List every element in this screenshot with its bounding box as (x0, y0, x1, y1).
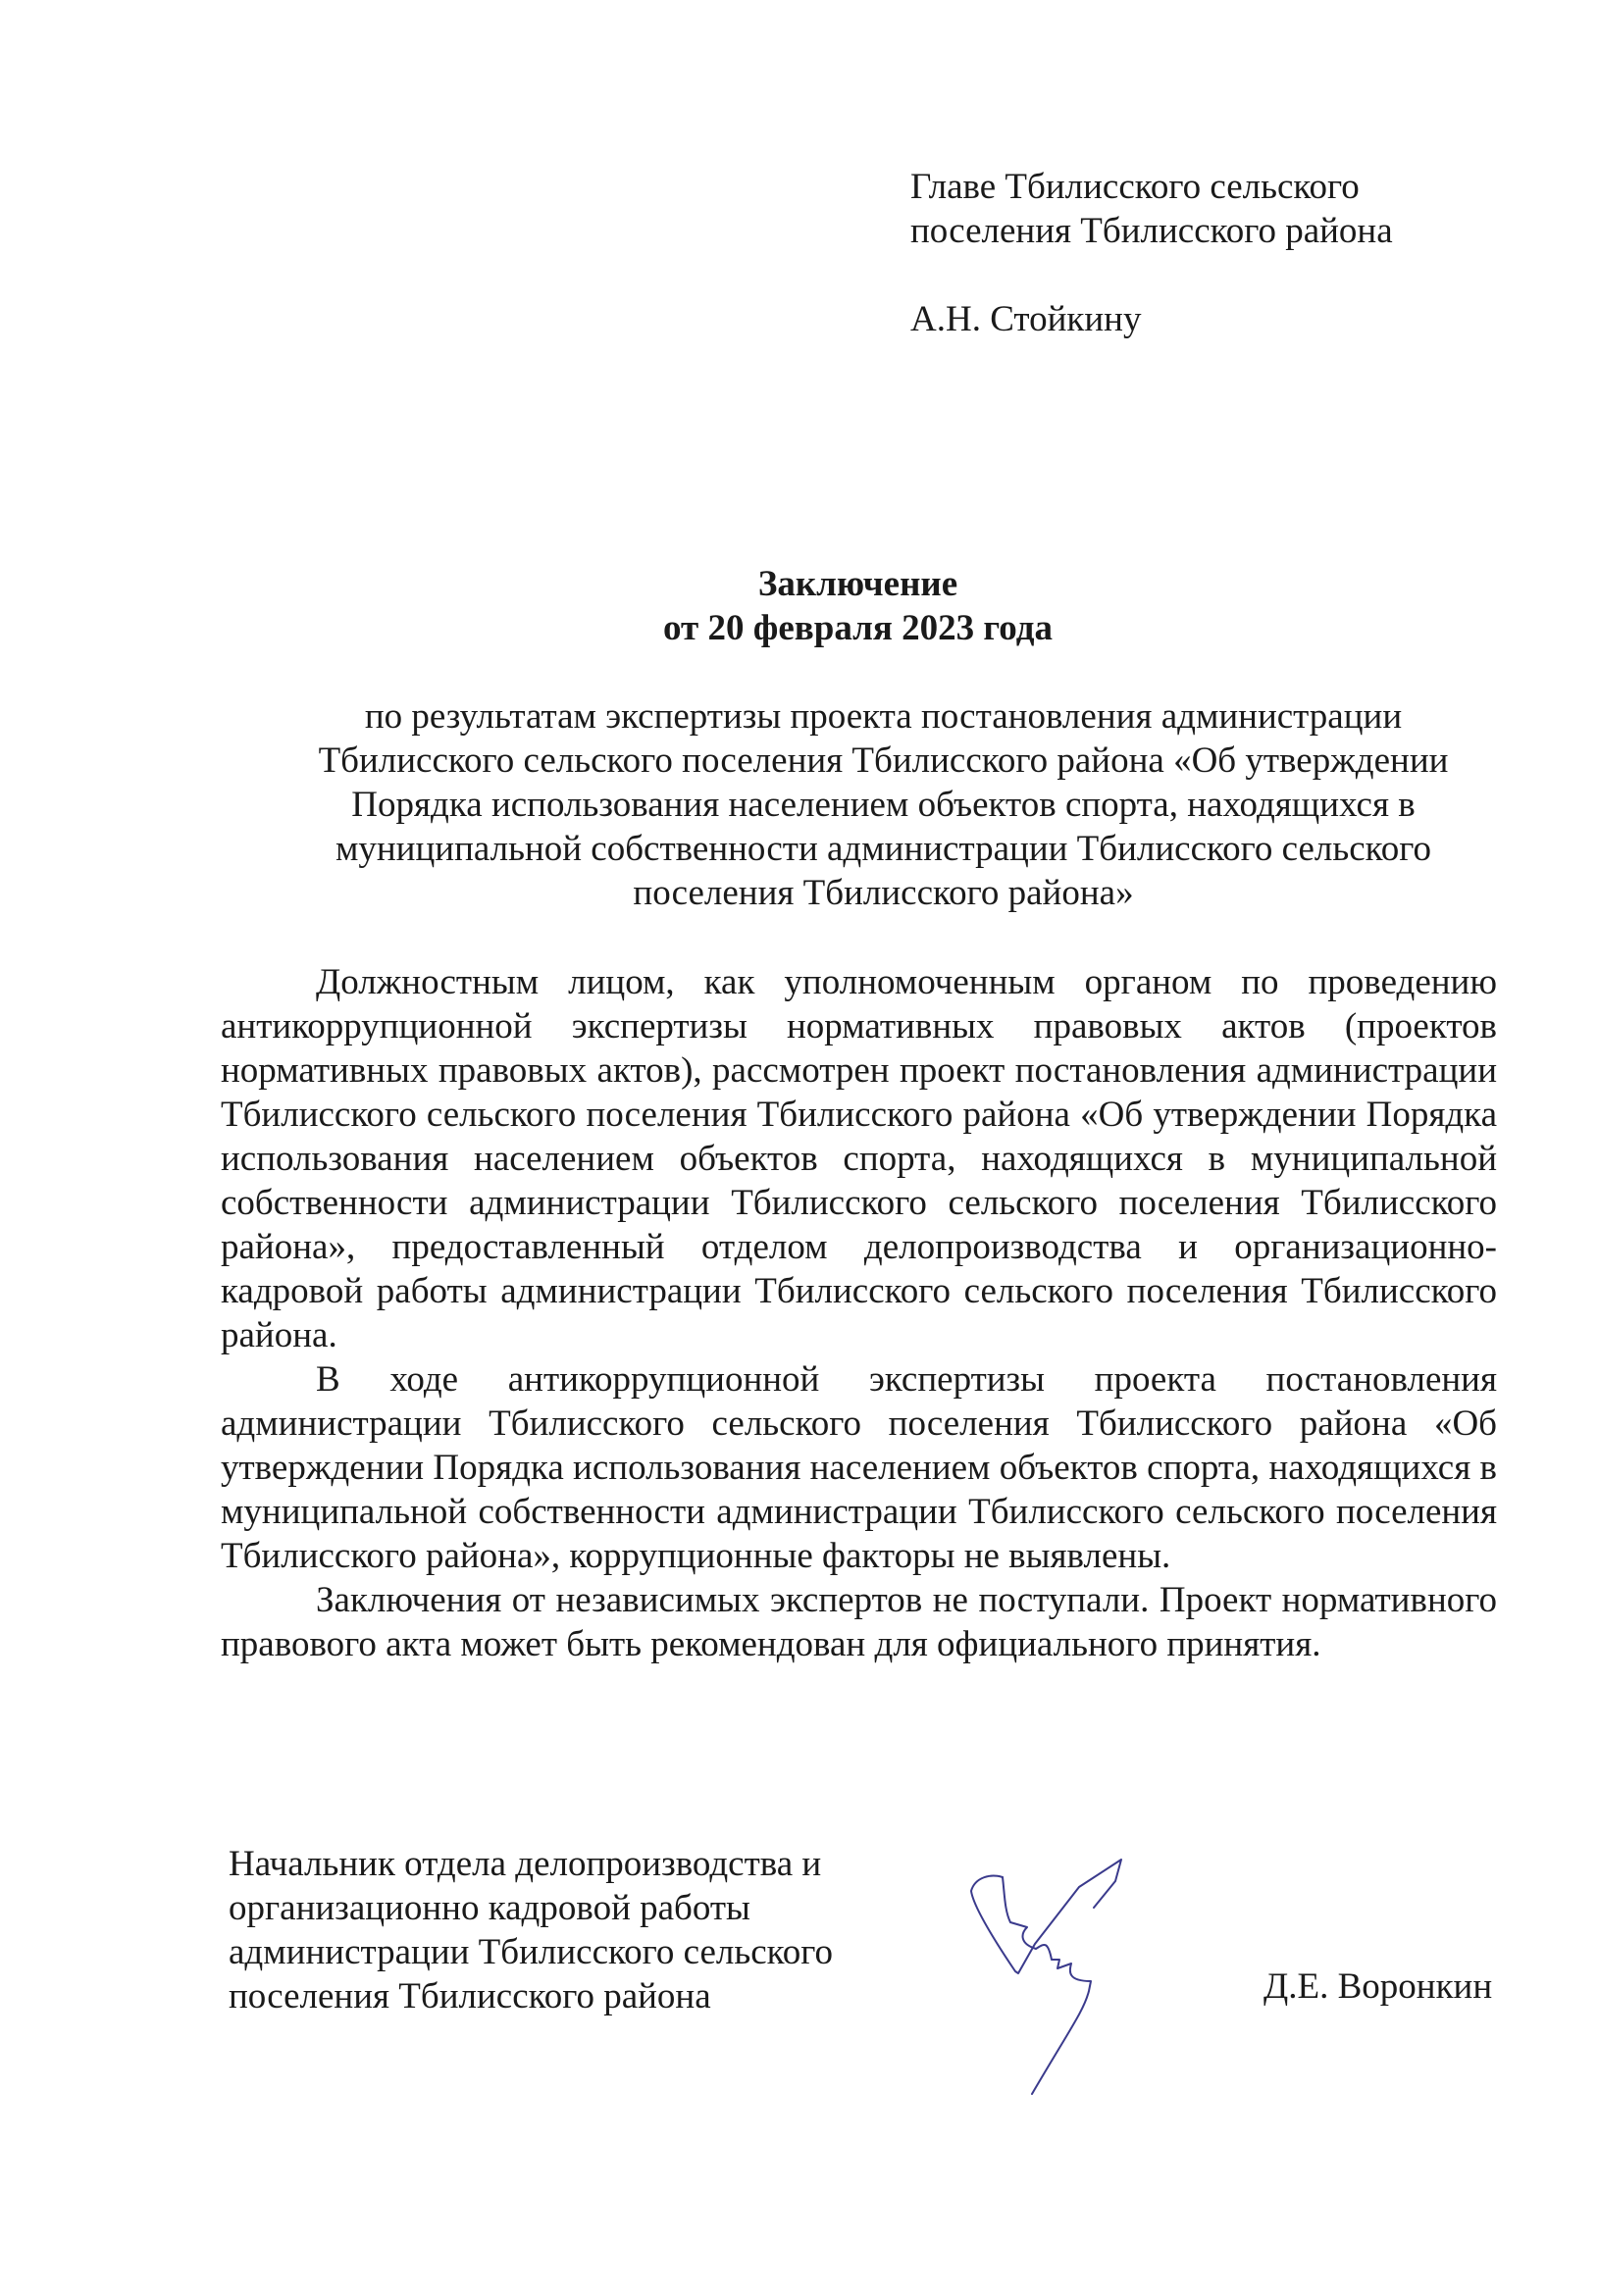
subject-line: Порядка использования населением объекто… (270, 783, 1497, 827)
addressee-line: Главе Тбилисского сельского (910, 165, 1499, 209)
handwritten-signature-icon (942, 1834, 1177, 2109)
document-title: Заключение от 20 февраля 2023 года (0, 562, 1598, 650)
document-page: Главе Тбилисского сельского поселения Тб… (0, 0, 1598, 2296)
body-paragraph: Должностным лицом, как уполномоченным ор… (221, 960, 1497, 1357)
signer-position: Начальник отдела делопроизводства и орга… (229, 1842, 915, 2018)
signer-name: Д.Е. Воронкин (1263, 1964, 1492, 2009)
position-line: администрации Тбилисского сельского (229, 1930, 915, 1974)
position-line: поселения Тбилисского района (229, 1974, 915, 2018)
subject-line: поселения Тбилисского района» (270, 871, 1497, 915)
addressee-name: А.Н. Стойкину (910, 297, 1499, 341)
addressee-line: поселения Тбилисского района (910, 209, 1499, 253)
document-body: Должностным лицом, как уполномоченным ор… (221, 960, 1497, 1666)
body-paragraph: В ходе антикоррупционной экспертизы прое… (221, 1357, 1497, 1578)
position-line: Начальник отдела делопроизводства и (229, 1842, 915, 1886)
subject-line: по результатам экспертизы проекта постан… (270, 694, 1497, 739)
title-date: от 20 февраля 2023 года (118, 606, 1598, 650)
title-heading: Заключение (118, 562, 1598, 606)
addressee-block: Главе Тбилисского сельского поселения Тб… (910, 165, 1499, 341)
document-subject: по результатам экспертизы проекта постан… (221, 694, 1497, 915)
subject-line: муниципальной собственности администраци… (270, 827, 1497, 871)
position-line: организационно кадровой работы (229, 1886, 915, 1930)
subject-line: Тбилисского сельского поселения Тбилисск… (270, 739, 1497, 783)
body-paragraph: Заключения от независимых экспертов не п… (221, 1578, 1497, 1666)
